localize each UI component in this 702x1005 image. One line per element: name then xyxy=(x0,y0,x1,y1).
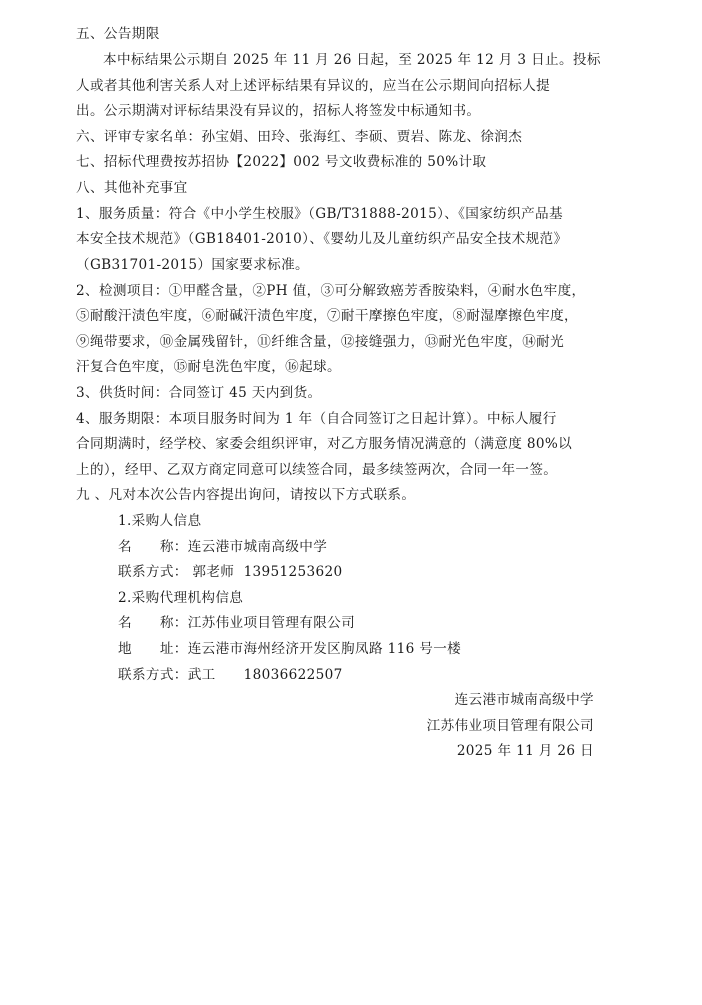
item-1-line-1: 1、服务质量：符合《中小学生校服》（GB/T31888-2015）、《国家纺织产… xyxy=(76,205,563,223)
item-1-line-3: （GB31701-2015）国家要求标准。 xyxy=(76,256,309,274)
section-8-heading: 八、其他补充事宜 xyxy=(76,179,188,197)
purchaser-info-title: 1.采购人信息 xyxy=(118,512,201,530)
purchaser-contact-label: 联系方式： xyxy=(118,563,188,581)
signature-date: 2025 年 11 月 26 日 xyxy=(457,742,594,760)
section-5-paragraph-line-1: 本中标结果公示期自 2025 年 11 月 26 日起，至 2025 年 12 … xyxy=(103,51,601,69)
item-2-line-3: ⑨绳带要求，⑩金属残留针，⑪纤维含量，⑫接缝强力，⑬耐光色牢度，⑭耐光 xyxy=(76,333,564,351)
item-2-line-2: ⑤耐酸汗渍色牢度，⑥耐碱汗渍色牢度，⑦耐干摩擦色牢度，⑧耐湿摩擦色牢度， xyxy=(76,307,578,325)
purchaser-contact-value: 郭老师 13951253620 xyxy=(188,564,343,580)
agency-address-value: 连云港市海州经济开发区朐凤路 116 号一楼 xyxy=(188,641,461,657)
item-4-line-3: 上的），经甲、乙双方商定同意可以续签合同，最多续签两次，合同一年一签。 xyxy=(76,461,557,479)
purchaser-contact-row: 联系方式： 郭老师 13951253620 xyxy=(118,563,343,581)
item-2-line-1: 2、检测项目：①甲醛含量，②PH 值，③可分解致癌芳香胺染料，④耐水色牢度， xyxy=(76,282,585,300)
purchaser-name-row: 名 称：连云港市城南高级中学 xyxy=(118,538,327,556)
agency-name-value: 江苏伟业项目管理有限公司 xyxy=(188,615,355,631)
section-9-heading: 九 、凡对本次公告内容提出询问，请按以下方式联系。 xyxy=(76,486,415,504)
item-2-line-4: 汗复合色牢度，⑮耐皂洗色牢度，⑯起球。 xyxy=(76,358,341,376)
signature-org-2: 江苏伟业项目管理有限公司 xyxy=(427,717,594,735)
agency-name-label: 名 称： xyxy=(118,614,188,632)
section-5-heading: 五、公告期限 xyxy=(76,25,160,43)
section-6-experts: 六、评审专家名单：孙宝娟、田玲、张海红、李硕、贾岩、陈龙、徐润杰 xyxy=(76,128,522,146)
item-4-line-1: 4、服务期限：本项目服务时间为 1 年（自合同签订之日起计算）。中标人履行 xyxy=(76,410,557,428)
item-4-line-2: 合同期满时，经学校、家委会组织评审，对乙方服务情况满意的（满意度 80%以 xyxy=(76,435,572,453)
agency-address-label: 地 址： xyxy=(118,640,188,658)
section-5-paragraph-line-3: 出。公示期满对评标结果没有异议的，招标人将签发中标通知书。 xyxy=(76,102,480,120)
section-5-paragraph-line-2: 人或者其他利害关系人对上述评标结果有异议的，应当在公示期间向招标人提 xyxy=(76,77,550,95)
item-1-line-2: 本安全技术规范》（GB18401-2010）、《婴幼儿及儿童纺织产品安全技术规范… xyxy=(76,230,567,248)
section-7-agency-fee: 七、招标代理费按苏招协【2022】002 号文收费标准的 50%计取 xyxy=(76,153,486,171)
agency-contact-row: 联系方式：武工 18036622507 xyxy=(118,666,343,684)
item-3-line-1: 3、供货时间：合同签订 45 天内到货。 xyxy=(76,384,322,402)
agency-contact-label: 联系方式： xyxy=(118,666,188,684)
agency-name-row: 名 称：江苏伟业项目管理有限公司 xyxy=(118,614,355,632)
purchaser-name-value: 连云港市城南高级中学 xyxy=(188,539,327,555)
signature-org-1: 连云港市城南高级中学 xyxy=(455,691,594,709)
purchaser-name-label: 名 称： xyxy=(118,538,188,556)
agency-info-title: 2.采购代理机构信息 xyxy=(118,589,243,607)
agency-contact-value: 武工 18036622507 xyxy=(188,667,343,683)
agency-address-row: 地 址：连云港市海州经济开发区朐凤路 116 号一楼 xyxy=(118,640,461,658)
document-page: 五、公告期限 本中标结果公示期自 2025 年 11 月 26 日起，至 202… xyxy=(0,0,702,1005)
